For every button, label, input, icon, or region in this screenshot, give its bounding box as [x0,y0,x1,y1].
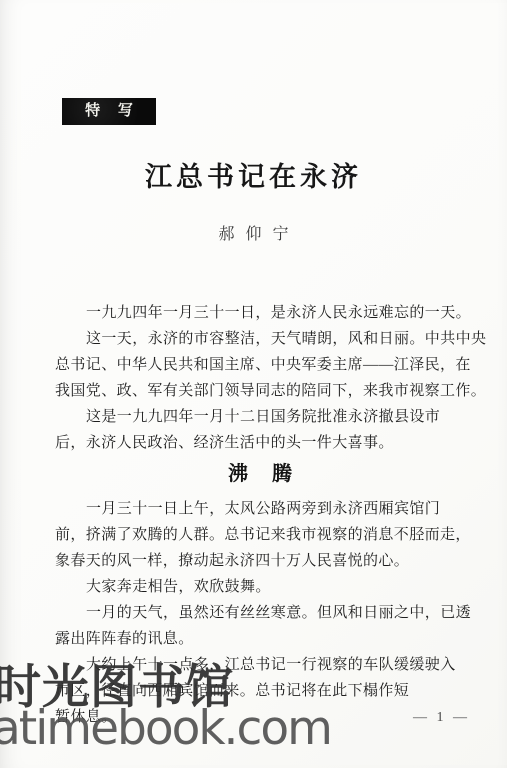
author-name: 郝仰宁 [0,221,507,244]
body-line: 露出阵阵春的讯息。 [55,626,467,652]
body-line: 这一天，永济的市容整洁，天气晴朗，风和日丽。中共中央 [55,326,467,352]
page-number: — 1 — [413,710,470,726]
body-line: 这是一九九四年一月十二日国务院批准永济撤县设市 [55,404,467,430]
body-line: 总书记、中华人民共和国主席、中央军委主席——江泽民，在 [55,352,467,378]
body-line: 前，挤满了欢腾的人群。总书记来我市视察的消息不胫而走， [55,522,467,548]
body-line: 后，永济人民政治、经济生活中的头一件大喜事。 [55,430,467,456]
body-line: 象春天的风一样，撩动起永济四十万人民喜悦的心。 [55,548,467,574]
feature-tag-label: 特 写 [62,98,156,125]
body-line: 一月三十一日上午，太风公路两旁到永济西厢宾馆门 [55,496,467,522]
body-line: 大家奔走相告，欢欣鼓舞。 [55,574,467,600]
section-heading: 沸 腾 [55,461,467,487]
watermark-site-url: atimebook.com [0,701,331,756]
body-line: 一九九四年一月三十一日，是永济人民永远难忘的一天。 [55,300,467,326]
body-line: 一月的天气，虽然还有丝丝寒意。但风和日丽之中，已透 [55,600,467,626]
article-title: 江总书记在永济 [0,155,507,194]
body-line: 我国党、政、军有关部门领导同志的陪同下，来我市视察工作。 [55,378,467,404]
scanned-page: 特 写 江总书记在永济 郝仰宁 一九九四年一月三十一日，是永济人民永远难忘的一天… [0,0,507,768]
